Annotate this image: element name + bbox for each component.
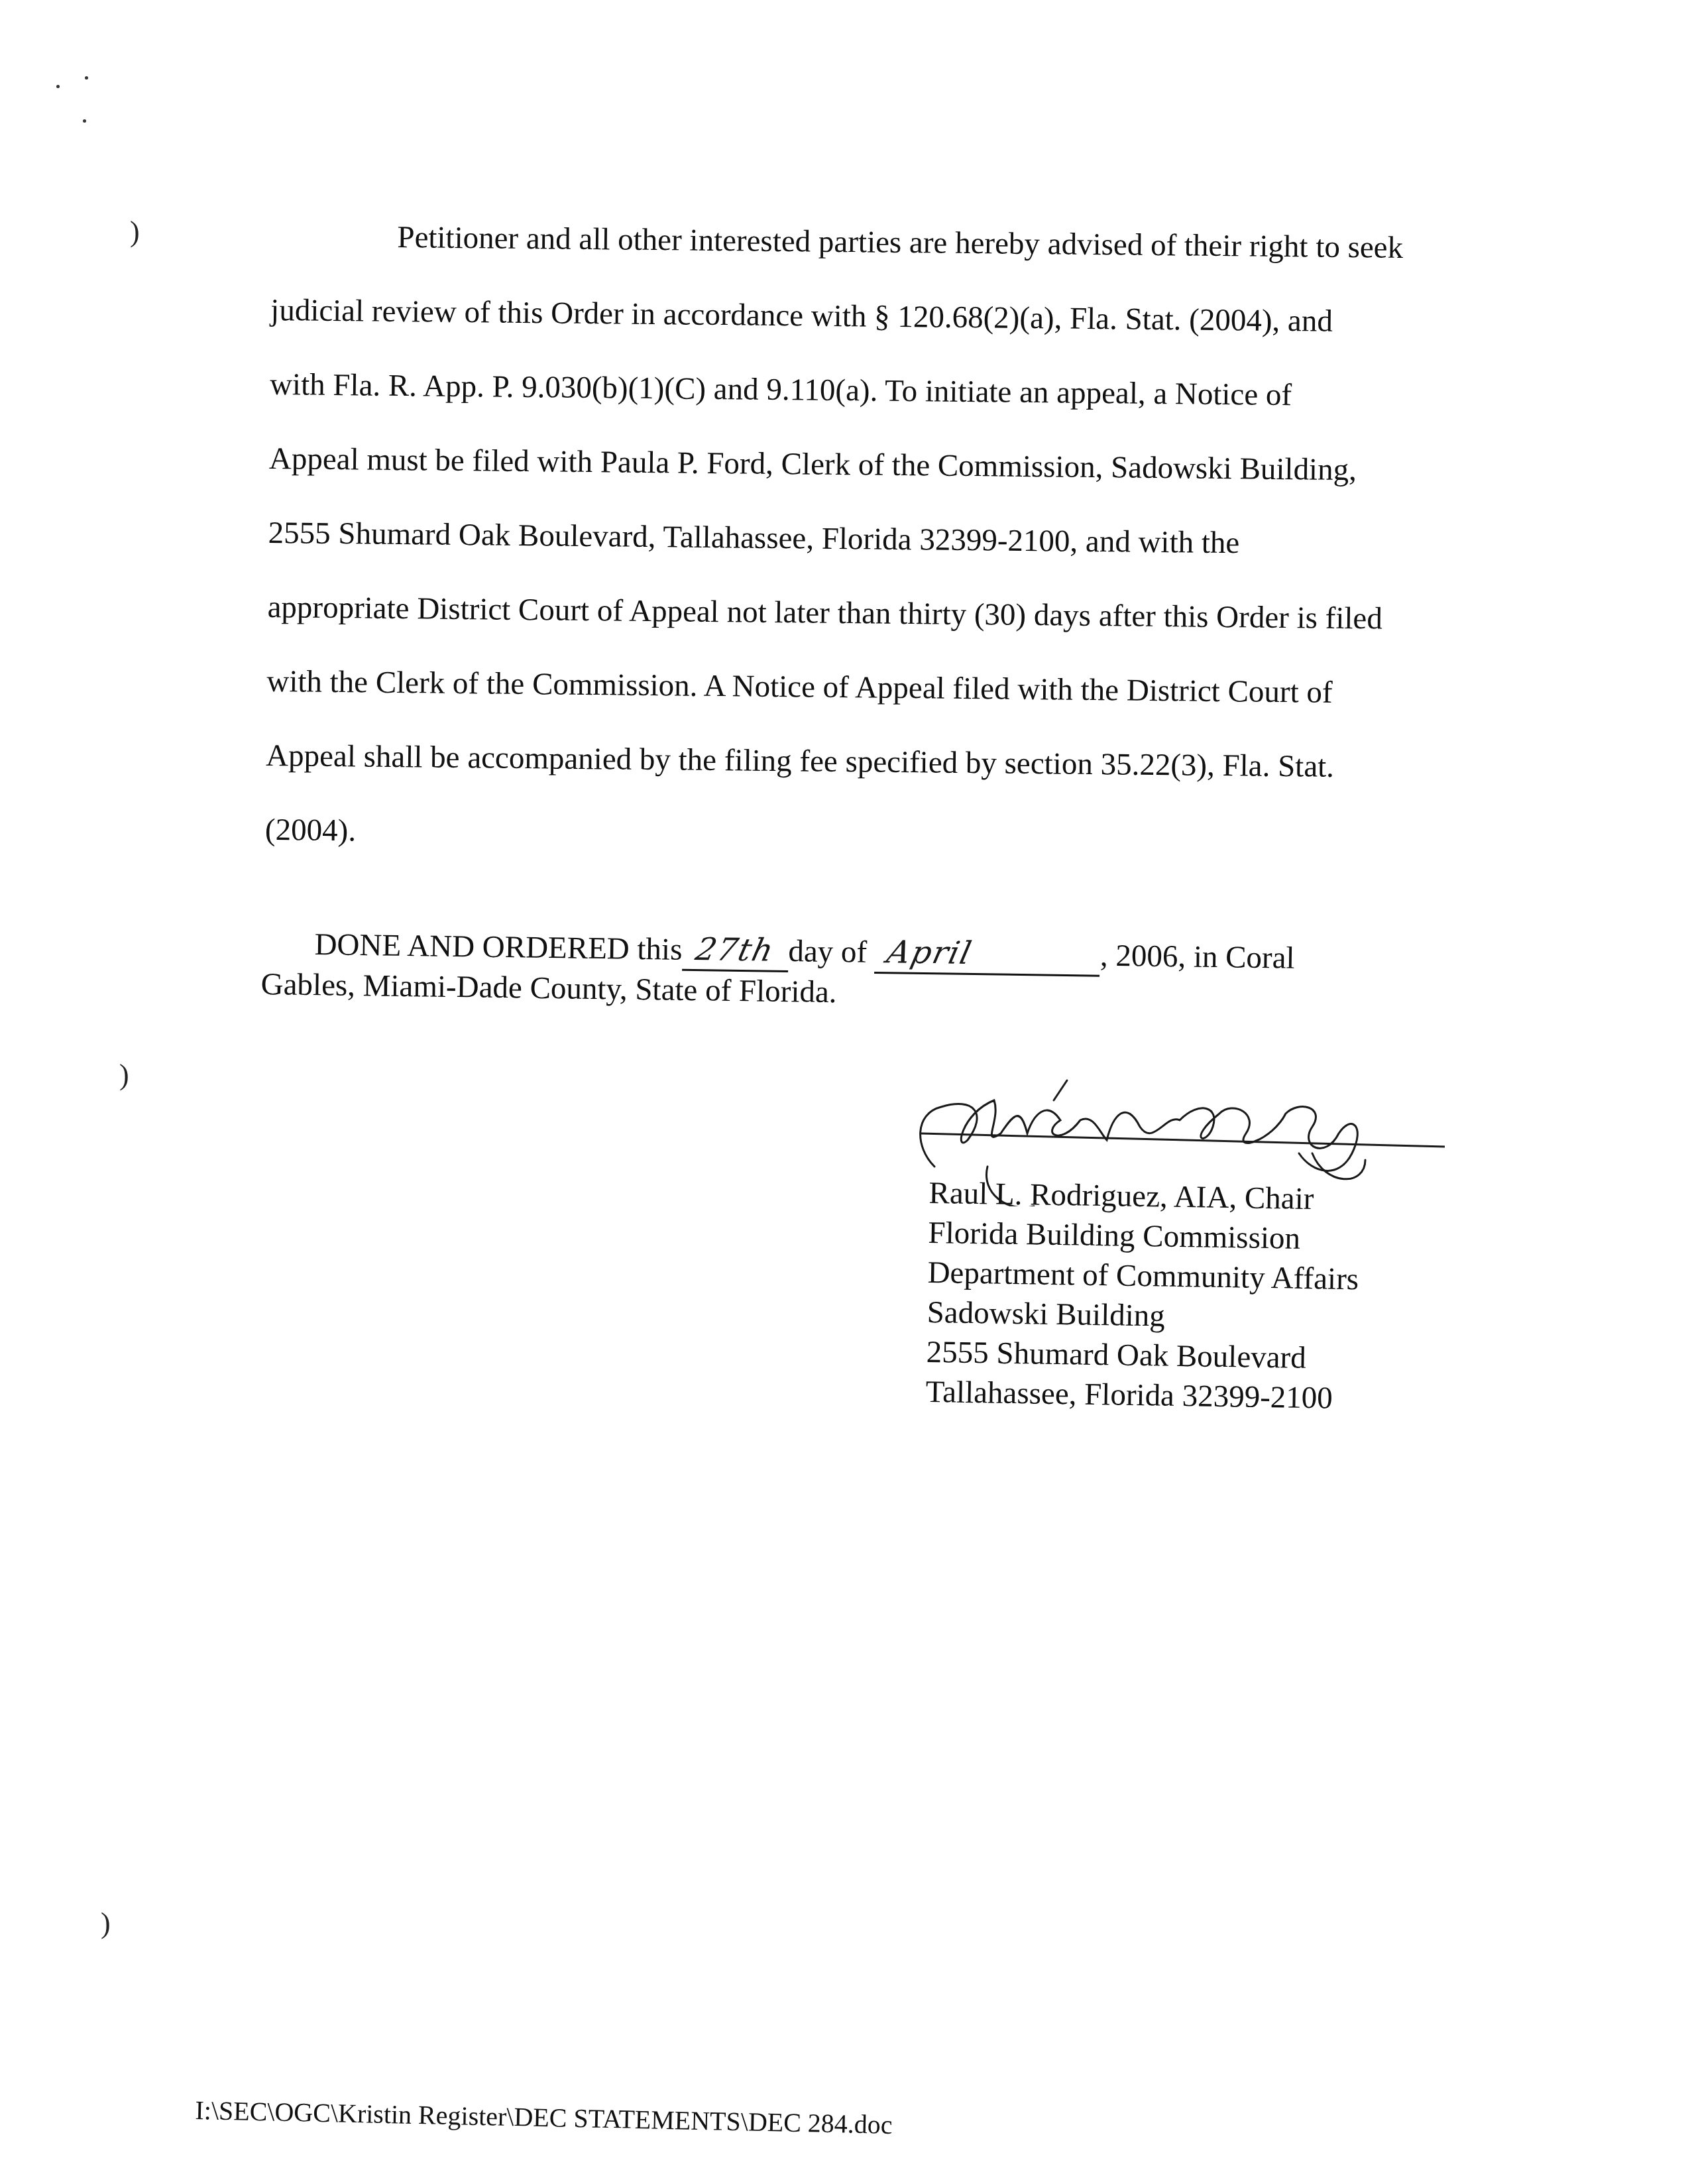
- day-blank: 27th: [682, 931, 789, 972]
- scan-speck: [85, 76, 88, 80]
- signatory-dept: Department of Community Affairs: [927, 1253, 1359, 1299]
- scan-speck: [83, 119, 86, 123]
- signatory-street: 2555 Shumard Oak Boulevard: [926, 1332, 1357, 1379]
- done-and-ordered-clause: DONE AND ORDERED this27thday of April, 2…: [260, 925, 1454, 1020]
- signatory-block: Raul L. Rodriguez, AIA, Chair Florida Bu…: [925, 1173, 1360, 1418]
- paragraph-line: judicial review of this Order in accorda…: [270, 273, 1477, 360]
- file-path-footer: I:\SEC\OGC\Kristin Register\DEC STATEMEN…: [195, 2095, 893, 2140]
- margin-mark: ): [130, 217, 140, 247]
- paragraph-line: appropriate District Court of Appeal not…: [267, 570, 1474, 657]
- scan-speck: [56, 85, 60, 88]
- paragraph-line: 2555 Shumard Oak Boulevard, Tallahassee,…: [268, 496, 1475, 583]
- appeal-rights-paragraph: Petitioner and all other interested part…: [264, 199, 1477, 880]
- paragraph-line: Appeal shall be accompanied by the filin…: [266, 718, 1473, 805]
- done-suffix: , 2006, in Coral: [1099, 939, 1294, 976]
- margin-mark: ): [101, 1909, 111, 1938]
- done-middle: day of: [788, 934, 867, 970]
- signatory-name: Raul L. Rodriguez, AIA, Chair: [929, 1173, 1360, 1220]
- paragraph-line: Appeal must be filed with Paula P. Ford,…: [268, 422, 1475, 508]
- paragraph-line: Petitioner and all other interested part…: [271, 199, 1478, 286]
- done-prefix: DONE AND ORDERED this: [314, 927, 683, 967]
- signatory-city: Tallahassee, Florida 32399-2100: [925, 1372, 1357, 1418]
- document-page: ) ) ) Petitioner and all other intereste…: [0, 0, 1690, 2184]
- margin-mark: ): [119, 1061, 129, 1090]
- month-blank: April: [874, 933, 1100, 977]
- handwritten-day: 27th: [692, 931, 778, 970]
- signatory-org: Florida Building Commission: [928, 1213, 1359, 1259]
- paragraph-line: with Fla. R. App. P. 9.030(b)(1)(C) and …: [269, 347, 1476, 434]
- paragraph-line: with the Clerk of the Commission. A Noti…: [266, 644, 1473, 731]
- handwritten-month: April: [883, 933, 976, 973]
- signatory-building: Sadowski Building: [927, 1293, 1358, 1339]
- paragraph-line: (2004).: [264, 793, 1471, 880]
